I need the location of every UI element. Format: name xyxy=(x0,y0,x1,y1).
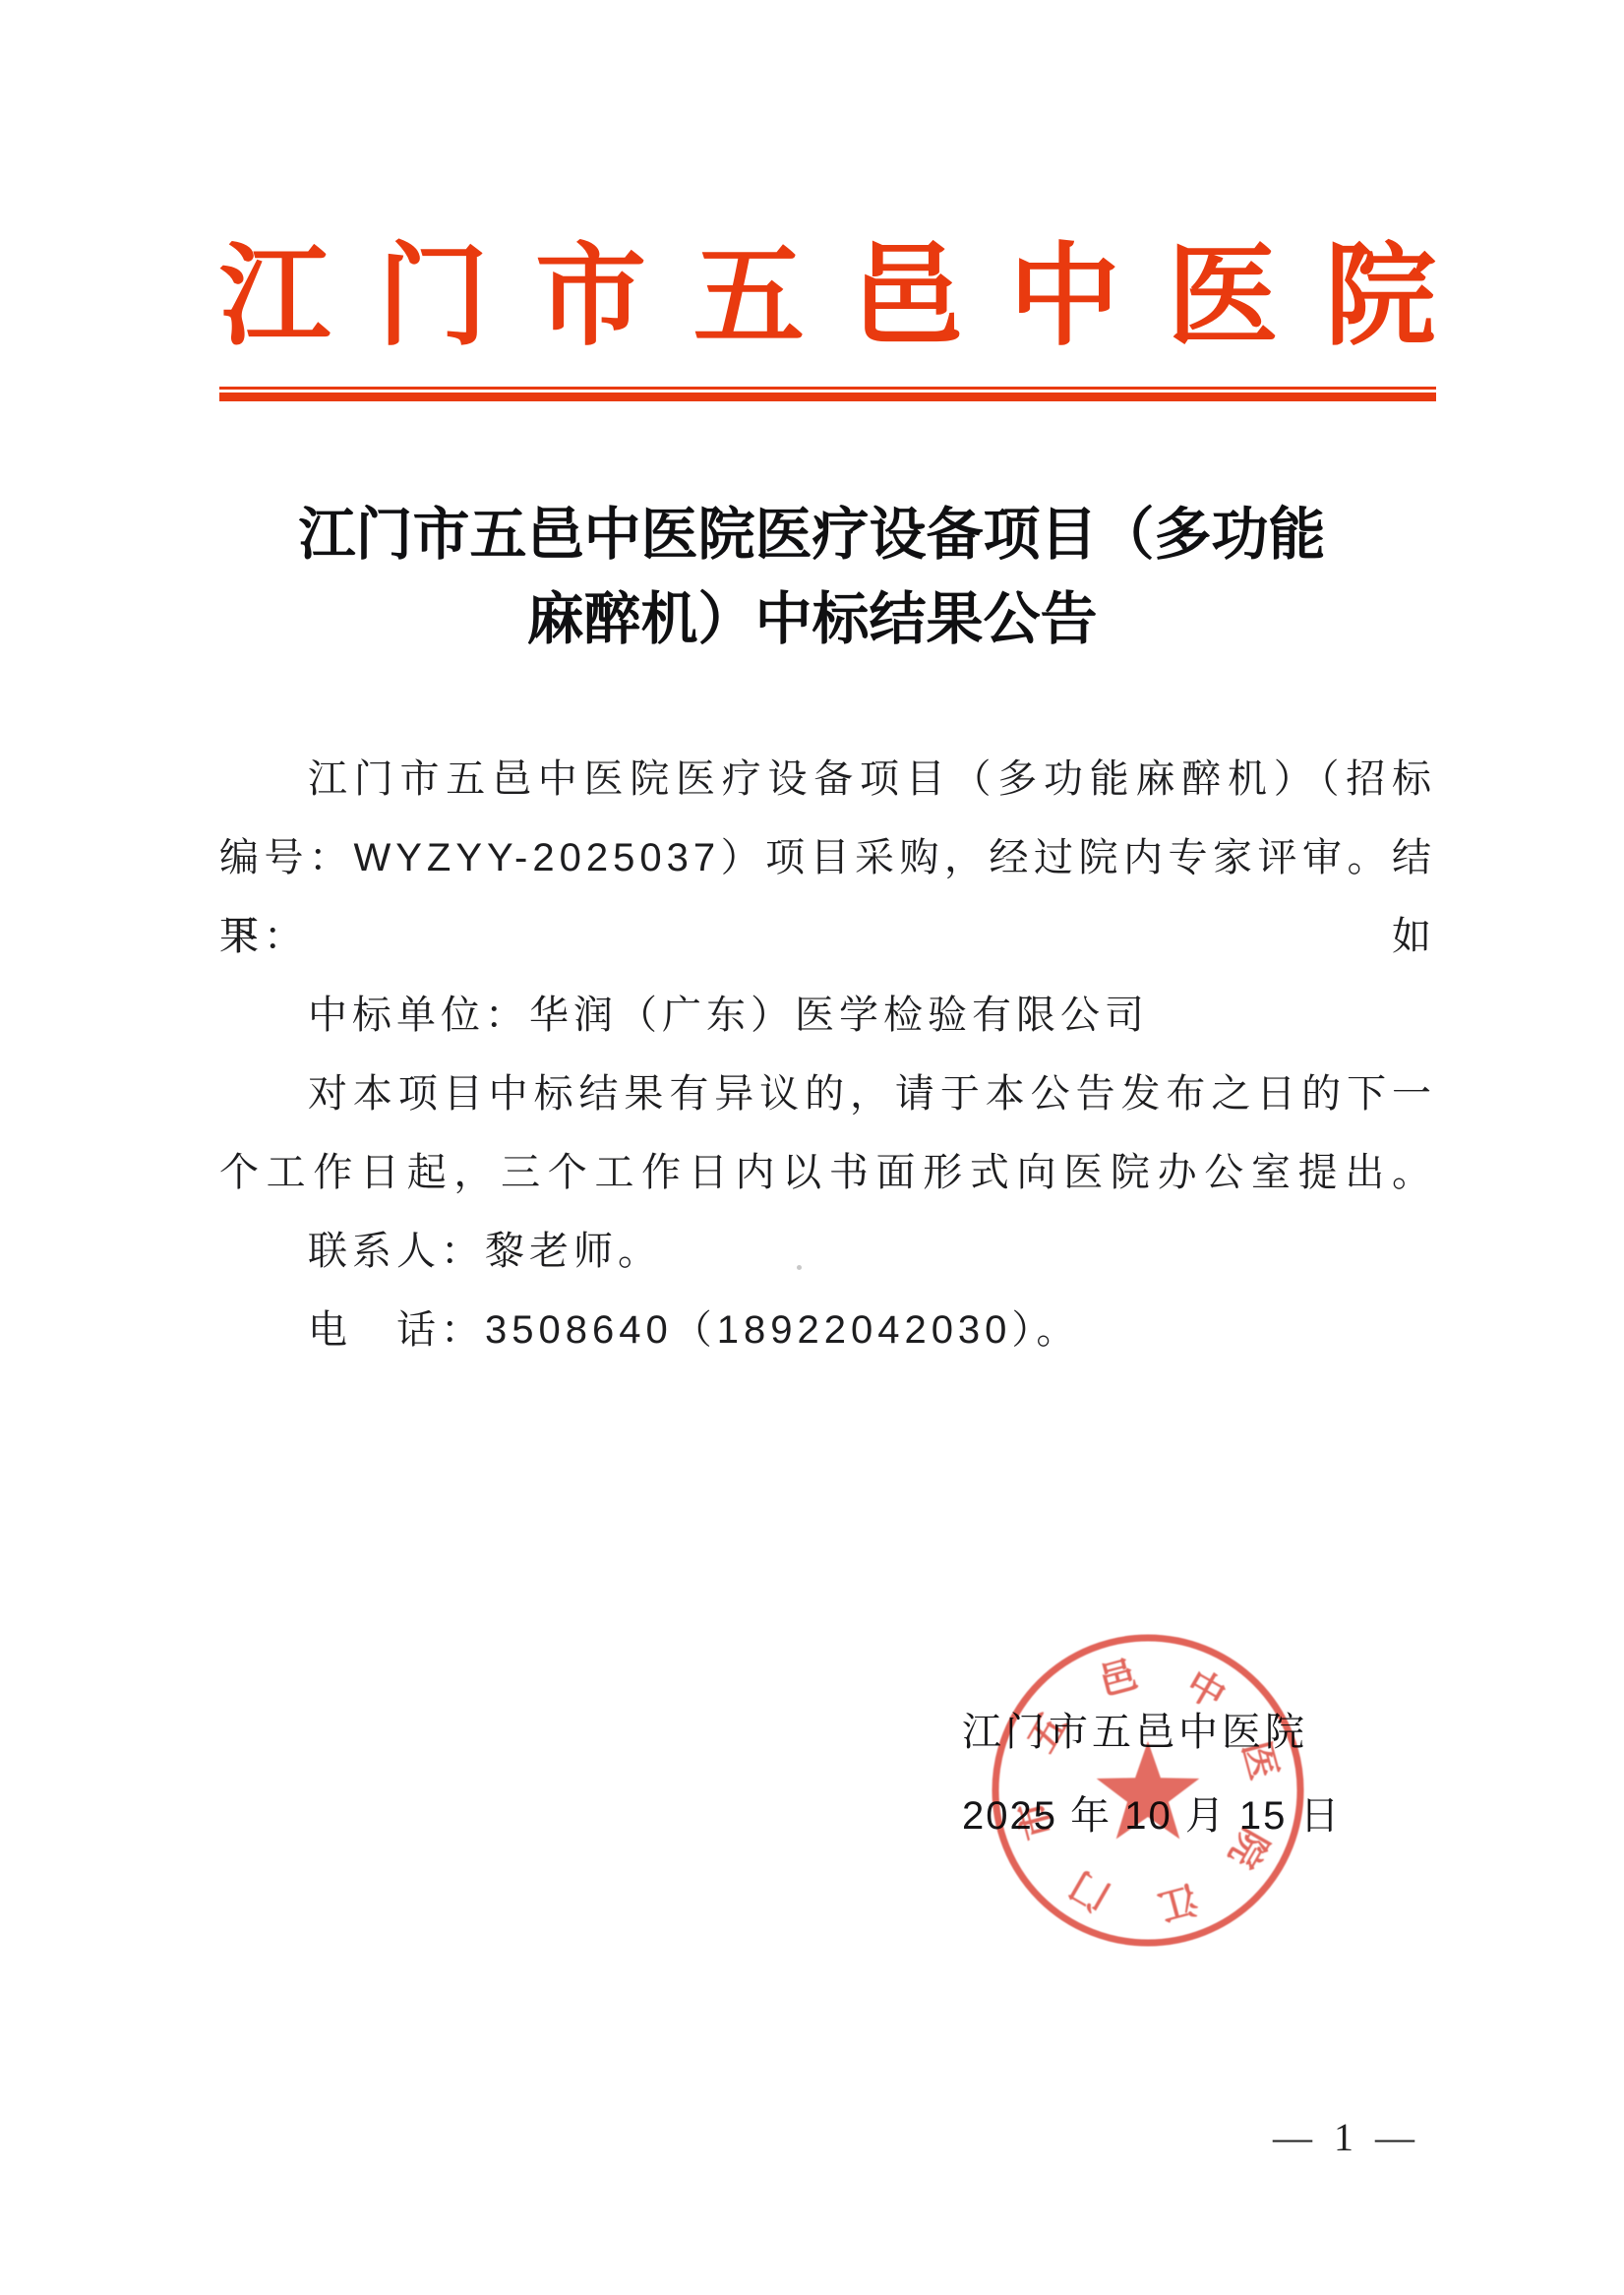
svg-text:院: 院 xyxy=(1221,1822,1275,1875)
svg-text:门: 门 xyxy=(1064,1863,1117,1917)
letterhead-rule-thin xyxy=(219,387,1436,390)
svg-text:邑: 邑 xyxy=(1095,1655,1142,1704)
body-line: 对本项目中标结果有异议的，请于本公告发布之日的下一 xyxy=(219,1055,1436,1133)
official-seal-stamp: 江门市五邑中医院 xyxy=(988,1630,1308,1951)
document-title-line2: 麻醉机）中标结果公告 xyxy=(0,577,1624,662)
body-line: 中标单位：华润（广东）医学检验有限公司 xyxy=(219,976,1436,1055)
letterhead-rule-thick xyxy=(219,393,1436,401)
page-number: — 1 — xyxy=(1273,2115,1420,2160)
document-title-line1: 江门市五邑中医院医疗设备项目（多功能 xyxy=(0,493,1624,577)
letterhead-org-name: 江门市五邑中医院 xyxy=(219,239,1436,357)
seal-star-icon xyxy=(1097,1741,1200,1840)
scan-speck xyxy=(797,1265,802,1270)
body-line: 联系人：黎老师。 xyxy=(219,1212,1436,1291)
svg-text:江: 江 xyxy=(1154,1877,1201,1926)
announcement-page: 江门市五邑中医院 江门市五邑中医院医疗设备项目（多功能 麻醉机）中标结果公告 江… xyxy=(0,0,1624,2295)
svg-text:中: 中 xyxy=(1179,1663,1233,1718)
svg-text:市: 市 xyxy=(1012,1796,1061,1843)
svg-text:医: 医 xyxy=(1234,1737,1284,1784)
body-line: 江门市五邑中医院医疗设备项目（多功能麻醉机）（招标 xyxy=(219,740,1436,818)
body-line: 下： xyxy=(219,897,1436,976)
svg-text:五: 五 xyxy=(1021,1707,1075,1760)
body-line: 电 话：3508640（18922042030）。 xyxy=(219,1291,1436,1369)
body-line: 编号：WYZYY-2025037）项目采购，经过院内专家评审。结果如 xyxy=(219,818,1436,897)
body-line: 个工作日起，三个工作日内以书面形式向医院办公室提出。 xyxy=(219,1133,1436,1212)
document-title: 江门市五邑中医院医疗设备项目（多功能 麻醉机）中标结果公告 xyxy=(0,493,1624,662)
